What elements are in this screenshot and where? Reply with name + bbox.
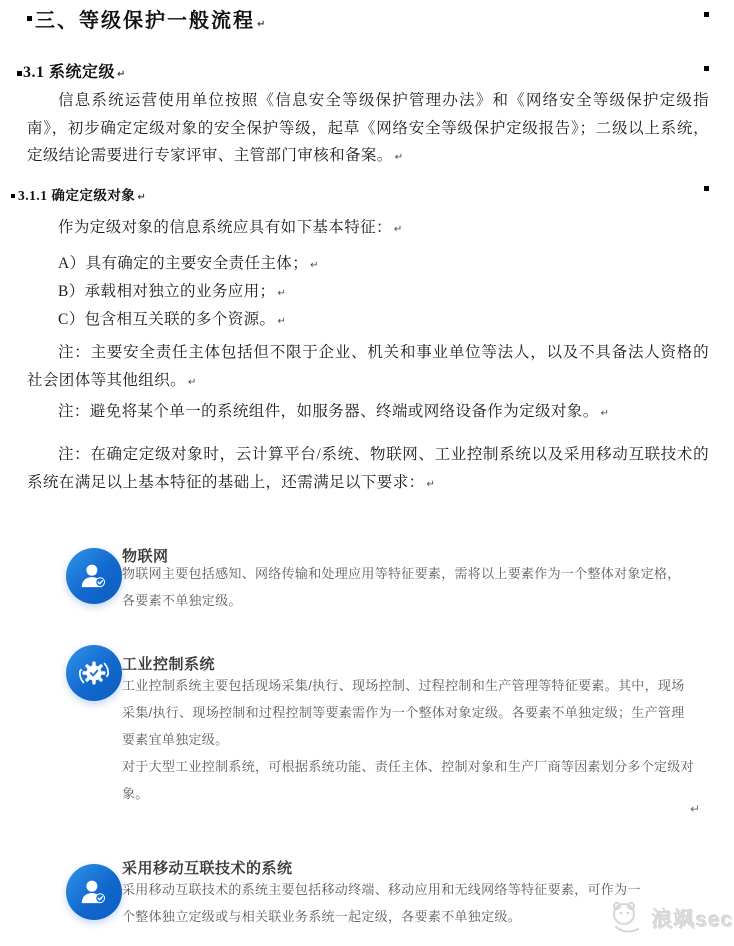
- paragraph-mark: ↵: [427, 479, 436, 490]
- document-page: { "doc": { "title": "三、等级保护一般流程", "headi…: [0, 0, 734, 946]
- page-title: 三、等级保护一般流程↵: [35, 4, 267, 33]
- note-3: 注：在确定定级对象时，云计算平台/系统、物联网、工业控制系统以及采用移动互联技术…: [27, 441, 709, 498]
- card-ics-line: 工业控制系统主要包括现场采集/执行、现场控制、过程控制和生产管理等特征要素。其中…: [122, 672, 694, 699]
- paragraph-intro: 信息系统运营使用单位按照《信息安全等级保护管理办法》和《网络安全等级保护定级指南…: [27, 87, 709, 172]
- watermark: 浪飒sec: [608, 897, 734, 941]
- note-2: 注：避免将某个单一的系统组件，如服务器、终端或网络设备作为定级对象。↵: [27, 398, 709, 428]
- anchor-square: [11, 194, 15, 198]
- panda-logo-icon: [608, 899, 648, 939]
- card-ics-title: 工业控制系统: [122, 653, 215, 674]
- user-check-glyph: [77, 875, 111, 909]
- card-iot-line: 物联网主要包括感知、网络传输和处理应用等特征要素，需将以上要素作为一个整体对象定…: [122, 560, 681, 587]
- list-item-c-text: C）包含相互关联的多个资源。: [58, 311, 275, 328]
- gear-sync-icon: [66, 645, 122, 701]
- card-ics-line: 对于大型工业控制系统，可根据系统功能、责任主体、控制对象和生产厂商等因素划分多个…: [122, 753, 694, 780]
- note-1-text: 注：主要安全责任主体包括但不限于企业、机关和事业单位等法人，以及不具备法人资格的…: [27, 344, 709, 389]
- card-iot-body: 物联网主要包括感知、网络传输和处理应用等特征要素，需将以上要素作为一个整体对象定…: [122, 560, 681, 614]
- paragraph-intro-text: 信息系统运营使用单位按照《信息安全等级保护管理办法》和《网络安全等级保护定级指南…: [27, 92, 709, 164]
- gear-sync-glyph: [76, 655, 112, 691]
- paragraph-mark: ↵: [188, 377, 197, 388]
- list-item-a: A）具有确定的主要安全责任主体；↵: [27, 250, 709, 280]
- paragraph-mark: ↵: [395, 152, 404, 163]
- anchor-square: [17, 71, 22, 76]
- paragraph-mark: ↵: [310, 260, 319, 271]
- paragraph-mark: ↵: [690, 802, 700, 816]
- paragraph-mark: ↵: [601, 408, 610, 419]
- anchor-square: [704, 66, 709, 71]
- list-item-b: B）承载相对独立的业务应用；↵: [27, 278, 709, 308]
- note-2-text: 注：避免将某个单一的系统组件，如服务器、终端或网络设备作为定级对象。: [58, 403, 599, 420]
- card-ics-body: 工业控制系统主要包括现场采集/执行、现场控制、过程控制和生产管理等特征要素。其中…: [122, 672, 694, 807]
- paragraph-mark: ↵: [117, 69, 126, 80]
- paragraph-mark: ↵: [257, 19, 267, 30]
- paragraph-mark: ↵: [137, 192, 146, 203]
- paragraph-features: 作为定级对象的信息系统应具有如下基本特征：↵: [27, 214, 709, 244]
- anchor-square: [704, 12, 709, 17]
- list-item-a-text: A）具有确定的主要安全责任主体；: [58, 255, 308, 272]
- user-check-icon: [66, 864, 122, 920]
- paragraph-features-text: 作为定级对象的信息系统应具有如下基本特征：: [58, 219, 392, 236]
- card-mobile-line: 个整体独立定级或与相关联业务系统一起定级，各要素不单独定级。: [122, 903, 641, 930]
- note-1: 注：主要安全责任主体包括但不限于企业、机关和事业单位等法人，以及不具备法人资格的…: [27, 339, 709, 396]
- paragraph-mark: ↵: [277, 288, 286, 299]
- card-ics-line: 要素宜单独定级。: [122, 726, 694, 753]
- note-3-text: 注：在确定定级对象时，云计算平台/系统、物联网、工业控制系统以及采用移动互联技术…: [27, 446, 709, 491]
- user-check-icon: [66, 548, 122, 604]
- heading-3-1-1-text: 3.1.1 确定定级对象: [18, 188, 135, 203]
- paragraph-mark: ↵: [277, 316, 286, 327]
- user-check-glyph: [77, 559, 111, 593]
- card-mobile-line: 采用移动互联技术的系统主要包括移动终端、移动应用和无线网络等特征要素，可作为一: [122, 876, 641, 903]
- heading-3-1-text: 3.1 系统定级: [23, 64, 115, 81]
- list-item-b-text: B）承载相对独立的业务应用；: [58, 283, 275, 300]
- heading-3-1: 3.1 系统定级↵: [23, 59, 126, 82]
- list-item-c: C）包含相互关联的多个资源。↵: [27, 306, 709, 336]
- card-ics-line: 采集/执行、现场控制和过程控制等要素需作为一个整体对象定级。各要素不单独定级；生…: [122, 699, 694, 726]
- heading-3-1-1: 3.1.1 确定定级对象↵: [18, 184, 146, 204]
- anchor-square: [27, 16, 32, 21]
- page-title-text: 三、等级保护一般流程: [35, 10, 255, 32]
- card-mobile-title: 采用移动互联技术的系统: [122, 857, 293, 878]
- card-iot-line: 各要素不单独定级。: [122, 587, 681, 614]
- paragraph-mark: ↵: [394, 224, 403, 235]
- watermark-text: 浪飒sec: [652, 904, 734, 934]
- card-mobile-body: 采用移动互联技术的系统主要包括移动终端、移动应用和无线网络等特征要素，可作为一 …: [122, 876, 641, 930]
- anchor-square: [704, 186, 709, 191]
- card-ics-line: 象。: [122, 780, 694, 807]
